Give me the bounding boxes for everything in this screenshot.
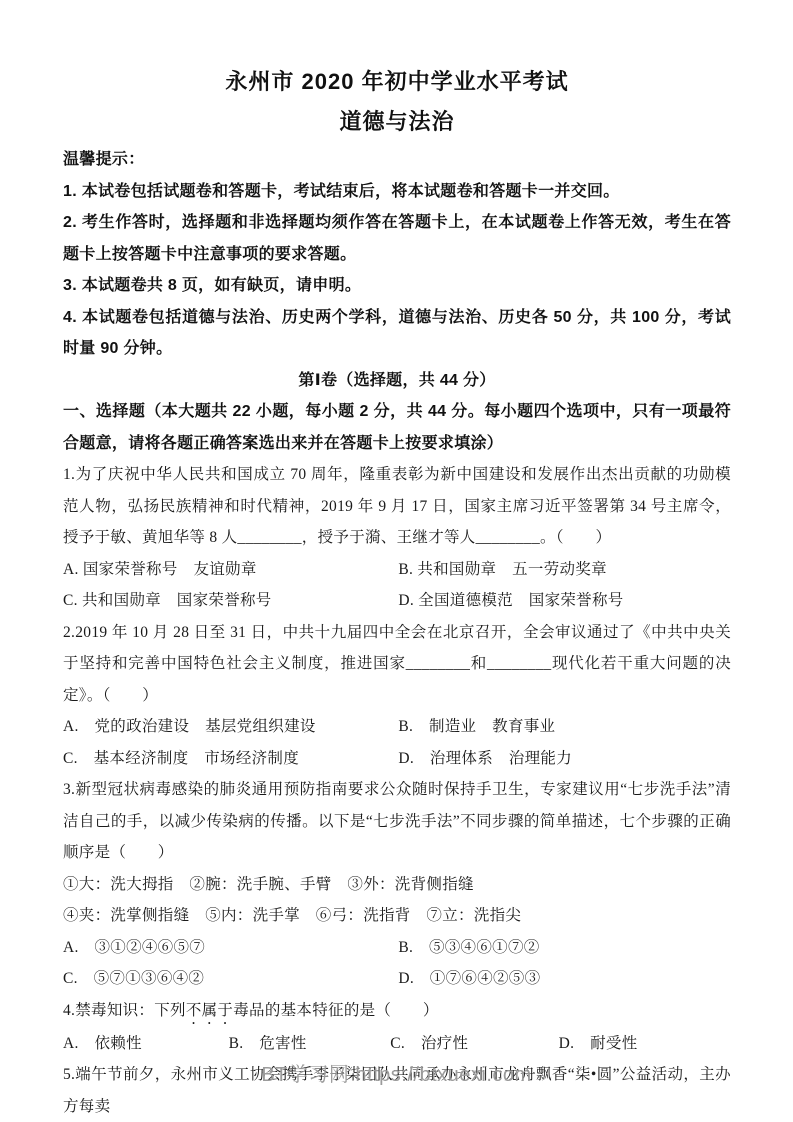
question-3-steps-line-2: ④夹：洗掌侧指缝 ⑤内：洗手掌 ⑥弓：洗指背 ⑦立：洗指尖 bbox=[63, 900, 731, 932]
question-2-option-b: B. 制造业 教育事业 bbox=[398, 711, 731, 743]
exam-subject-title: 道德与法治 bbox=[63, 102, 731, 142]
exam-paper-page: 永州市 2020 年初中学业水平考试 道德与法治 温馨提示： 1. 本试卷包括试… bbox=[0, 0, 793, 1122]
question-1-option-b: B. 共和国勋章 五一劳动奖章 bbox=[398, 554, 731, 586]
question-3-options: A. ③①②④⑥⑤⑦ B. ⑤③④⑥①⑦② C. ⑤⑦①③⑥④② D. ①⑦⑥④… bbox=[63, 932, 731, 995]
question-3-option-a: A. ③①②④⑥⑤⑦ bbox=[63, 932, 398, 964]
question-2-option-a: A. 党的政治建设 基层党组织建设 bbox=[63, 711, 398, 743]
question-2-option-d: D. 治理体系 治理能力 bbox=[398, 743, 731, 775]
question-4-stem-pre: 4.禁毒知识：下列 bbox=[63, 1002, 186, 1019]
question-1-options: A. 国家荣誉称号 友谊勋章 B. 共和国勋章 五一劳动奖章 C. 共和国勋章 … bbox=[63, 554, 731, 617]
question-1-stem: 1.为了庆祝中华人民共和国成立 70 周年，隆重表彰为新中国建设和发展作出杰出贡… bbox=[63, 459, 731, 554]
exam-body: 温馨提示： 1. 本试卷包括试题卷和答题卡，考试结束后，将本试题卷和答题卡一并交… bbox=[63, 144, 731, 1122]
watermark-footer: BT学习网 https://btxuexi.com bbox=[0, 1058, 793, 1087]
question-2-stem: 2.2019 年 10 月 28 日至 31 日，中共十九届四中全会在北京召开，… bbox=[63, 617, 731, 712]
question-1-option-c: C. 共和国勋章 国家荣誉称号 bbox=[63, 585, 398, 617]
question-4-option-b: B. 危害性 bbox=[229, 1028, 391, 1060]
exam-header: 永州市 2020 年初中学业水平考试 道德与法治 bbox=[63, 62, 731, 142]
question-3-option-b: B. ⑤③④⑥①⑦② bbox=[398, 932, 731, 964]
question-4-stem-post: 毒品的基本特征的是（ ） bbox=[233, 1002, 438, 1019]
notice-heading: 温馨提示： bbox=[63, 144, 731, 176]
notice-item-2: 2. 考生作答时，选择题和非选择题均须作答在答题卡上，在本试题卷上作答无效，考生… bbox=[63, 207, 731, 270]
question-4-option-c: C. 治疗性 bbox=[390, 1028, 558, 1060]
notice-item-1: 1. 本试卷包括试题卷和答题卡，考试结束后，将本试题卷和答题卡一并交回。 bbox=[63, 176, 731, 208]
notice-item-4: 4. 本试题卷包括道德与法治、历史两个学科，道德与法治、历史各 50 分，共 1… bbox=[63, 302, 731, 365]
question-4-stem: 4.禁毒知识：下列不属于毒品的基本特征的是（ ） bbox=[63, 995, 731, 1028]
question-3-steps-line-1: ①大：洗大拇指 ②腕：洗手腕、手臂 ③外：洗背侧指缝 bbox=[63, 869, 731, 901]
notice-item-3: 3. 本试题卷共 8 页，如有缺页，请申明。 bbox=[63, 270, 731, 302]
question-3-stem: 3.新型冠状病毒感染的肺炎通用预防指南要求公众随时保持手卫生，专家建议用“七步洗… bbox=[63, 774, 731, 869]
question-3-option-d: D. ①⑦⑥④②⑤③ bbox=[398, 963, 731, 995]
exam-title: 永州市 2020 年初中学业水平考试 bbox=[63, 62, 731, 102]
question-2-option-c: C. 基本经济制度 市场经济制度 bbox=[63, 743, 398, 775]
question-3-option-c: C. ⑤⑦①③⑥④② bbox=[63, 963, 398, 995]
question-1-option-a: A. 国家荣誉称号 友谊勋章 bbox=[63, 554, 398, 586]
question-1-option-d: D. 全国道德模范 国家荣誉称号 bbox=[398, 585, 731, 617]
section-instructions: 一、选择题（本大题共 22 小题，每小题 2 分，共 44 分。每小题四个选项中… bbox=[63, 396, 731, 459]
question-4-option-a: A. 依赖性 bbox=[63, 1028, 229, 1060]
part-title: 第Ⅰ卷（选择题，共 44 分） bbox=[63, 365, 731, 397]
question-2-options: A. 党的政治建设 基层党组织建设 B. 制造业 教育事业 C. 基本经济制度 … bbox=[63, 711, 731, 774]
question-4-stem-emphasized: 不属于 bbox=[186, 1002, 233, 1019]
question-4-option-d: D. 耐受性 bbox=[559, 1028, 731, 1060]
question-4-options: A. 依赖性 B. 危害性 C. 治疗性 D. 耐受性 bbox=[63, 1028, 731, 1060]
